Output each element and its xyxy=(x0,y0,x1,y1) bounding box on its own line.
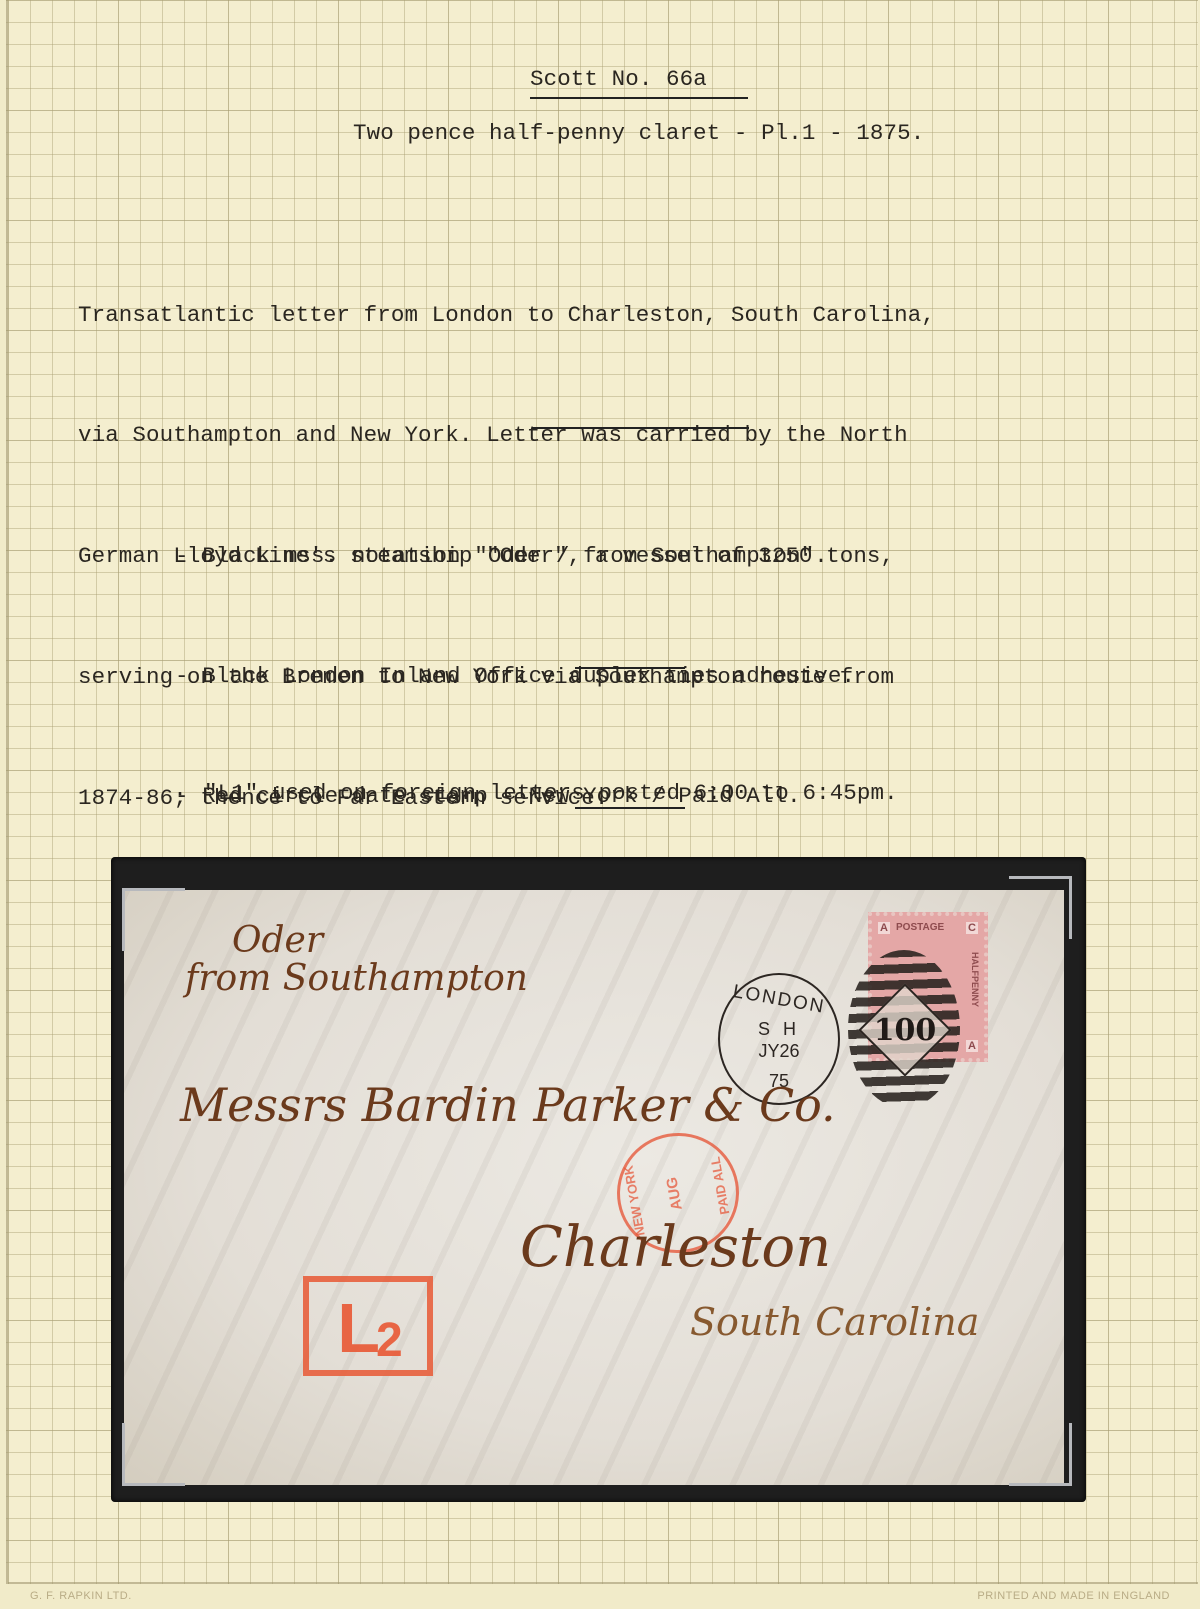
stamp-corner-letter: A xyxy=(966,1040,978,1052)
address-line-state: South Carolina xyxy=(690,1300,979,1344)
manuscript-ship-name: Oder xyxy=(232,920,323,961)
mount-corner xyxy=(122,888,185,951)
title-underline xyxy=(530,97,748,99)
stamp-value-label: HALFPENNY xyxy=(970,952,980,1007)
manuscript-origin: from Southampton xyxy=(185,958,528,999)
address-line-city: Charleston xyxy=(520,1215,831,1280)
late-fee-number: 2 xyxy=(376,1313,399,1368)
mount-corner xyxy=(1009,876,1072,939)
page-title: Scott No. 66a xyxy=(530,66,707,92)
divider xyxy=(575,667,685,669)
printer-imprint: PRINTED AND MADE IN ENGLAND xyxy=(977,1590,1170,1602)
note-line: "L1" used on foreign letters posted 6:00… xyxy=(204,773,898,813)
description-line: via Southampton and New York. Letter was… xyxy=(78,415,935,455)
description-line: Transatlantic letter from London to Char… xyxy=(78,295,935,335)
stamp-corner-letter: A xyxy=(878,922,890,934)
page-subtitle: Two pence half-penny claret - Pl.1 - 187… xyxy=(353,120,924,146)
divider xyxy=(532,427,749,429)
address-line-addressee: Messrs Bardin Parker & Co. xyxy=(180,1078,836,1132)
stamp-postage-label: POSTAGE xyxy=(896,922,944,933)
duplex-number: 100 xyxy=(874,1013,937,1048)
cds-date: JY26 xyxy=(720,1041,838,1062)
stamp-corner-letter: C xyxy=(966,922,978,934)
list-item: - Black mss. notation "Oder / from South… xyxy=(175,536,855,576)
mount-corner xyxy=(122,1423,185,1486)
mount-corner xyxy=(1009,1423,1072,1486)
duplex-number-diamond: 100 xyxy=(860,985,950,1075)
list-item: - Black London Inland Office duplex ties… xyxy=(175,656,855,696)
cds-code: S H xyxy=(720,1019,838,1040)
late-fee-handstamp: L2 xyxy=(303,1276,433,1376)
publisher-imprint: G. F. RAPKIN LTD. xyxy=(30,1590,132,1602)
late-fee-letter: L xyxy=(337,1288,376,1368)
divider xyxy=(575,807,685,809)
